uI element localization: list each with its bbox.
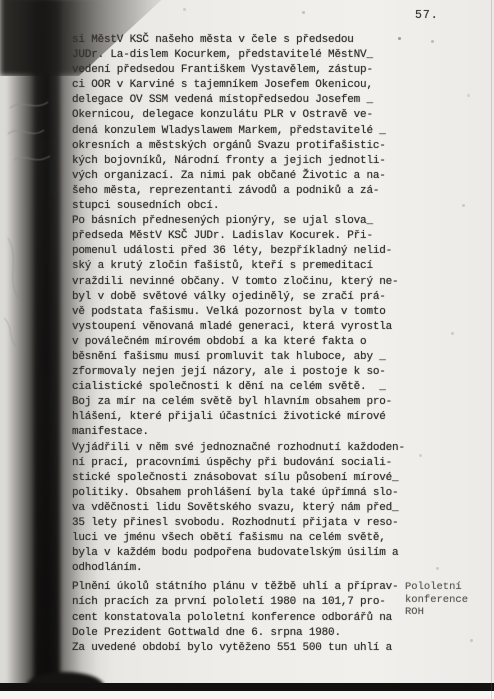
- text-line: delegace OV SSM vedená místopředsedou Jo…: [72, 93, 424, 108]
- text-line: Po básních přednesených pionýry, se ujal…: [72, 214, 424, 229]
- text-line: Pololetní: [405, 581, 468, 594]
- text-line: konference: [405, 594, 468, 607]
- text-line: kých bojovníků, Národní fronty a jejich …: [72, 154, 424, 169]
- text-line: pomenul události před 36 léty, bezpříkla…: [72, 244, 424, 259]
- text-line: Dole Prezident Gottwald dne 6. srpna 198…: [72, 626, 424, 641]
- text-line: cent konstatovala pololetní konference o…: [72, 611, 424, 626]
- paper-specks: [0, 0, 1, 1]
- text-line: odhodláním.: [72, 561, 424, 576]
- text-line: ROH: [405, 606, 468, 619]
- text-line: vystoupení věnovaná mladé generaci, kter…: [72, 320, 424, 335]
- text-line: cialistické společnosti k dění na celém …: [72, 380, 424, 395]
- text-line: va vděčnosti lidu Sovětského svazu, kter…: [72, 501, 424, 516]
- text-line: v poválečném mírovém období a ka které f…: [72, 335, 424, 350]
- page-number: 57.: [415, 9, 439, 22]
- text-line: byla v každém bodu podpořena budovatelsk…: [72, 546, 424, 561]
- scan-edge-bar: [0, 683, 494, 691]
- text-line: vých organizací. Za nimi pak občané Živo…: [72, 169, 424, 184]
- text-line: ský a krutý zločin fašistů, kteří s prem…: [72, 259, 424, 274]
- scan-bottom-margin: [0, 691, 494, 699]
- text-line: Plnění úkolů státního plánu v těžbě uhlí…: [72, 580, 424, 595]
- text-line: vraždili nevinné občany. V tomto zločinu…: [72, 275, 424, 290]
- text-line: ní prací, pracovními úspěchy při budován…: [72, 456, 424, 471]
- scanned-document-page: 57. si MěstV KSČ našeho města v čele s p…: [0, 0, 494, 699]
- typewritten-body: si MěstV KSČ našeho města v čele s předs…: [72, 33, 424, 656]
- margin-note: PololetníkonferenceROH: [405, 581, 468, 619]
- text-line: Okernicou, delegace konzulátu PLR v Ostr…: [72, 108, 424, 123]
- text-line: politiky. Obsahem prohlášení byla také ú…: [72, 486, 424, 501]
- text-line: zformovaly nejen její názory, ale i post…: [72, 365, 424, 380]
- text-line: si MěstV KSČ našeho města v čele s předs…: [72, 33, 424, 48]
- text-line: byl v době světové války ojedinělý, se z…: [72, 290, 424, 305]
- text-line: vě podstata fašismu. Velká pozornost byl…: [72, 305, 424, 320]
- text-line: předseda MěstV KSČ JUDr. Ladislav Kocure…: [72, 229, 424, 244]
- text-line: luci ve jménu všech obětí fašismu na cel…: [72, 531, 424, 546]
- text-line: Za uvedené období bylo vytěženo 551 500 …: [72, 641, 424, 656]
- text-line: dená konzulem Wladyslawem Markem, předst…: [72, 124, 424, 139]
- text-line: běsnění fašismu musí promluvit tak hlubo…: [72, 350, 424, 365]
- text-line: ních pracích za první pololetí 1980 na 1…: [72, 595, 424, 610]
- text-line: stické společnosti znásobovat sílu působ…: [72, 471, 424, 486]
- text-line: okresních a městských orgánů Svazu proti…: [72, 139, 424, 154]
- text-line: Boj za mír na celém světě byl hlavním ob…: [72, 395, 424, 410]
- text-line: šeho města, reprezentanti závodů a podni…: [72, 184, 424, 199]
- text-line: JUDr. La-dislem Kocurkem, představitelé …: [72, 48, 424, 63]
- text-line: hlášení, které přijali účastníci životic…: [72, 410, 424, 425]
- page-right-edge: [491, 0, 492, 699]
- text-line: manifestace.: [72, 425, 424, 440]
- margin-scribble: [4, 90, 66, 185]
- text-line: vedení předsedou Františkem Vystavělem, …: [72, 63, 424, 78]
- text-line: stupci sousedních obcí.: [72, 199, 424, 214]
- text-line: ci OOR v Karviné s tajemníkem Josefem Ok…: [72, 78, 424, 93]
- text-line: Vyjádřili v něm své jednoznačné rozhodnu…: [72, 441, 424, 456]
- text-line: 35 lety přinesl svobodu. Rozhodnutí přij…: [72, 516, 424, 531]
- margin-scribble: [0, 228, 44, 348]
